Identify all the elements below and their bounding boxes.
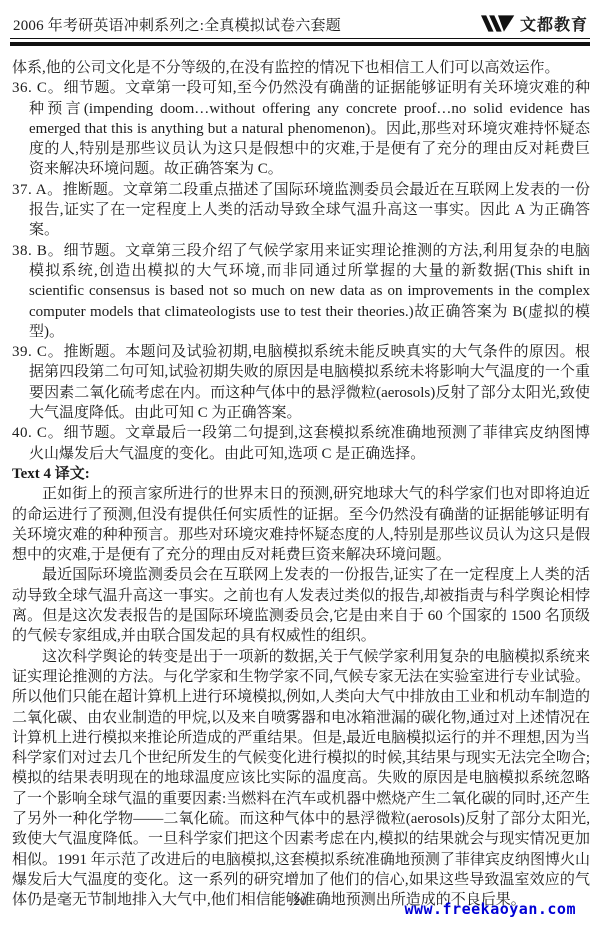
brand-name: 文都教育 — [520, 12, 588, 35]
answer-item-40: 40. C。细节题。文章最后一段第二句提到,这套模拟系统准确地预测了菲律宾皮纳图… — [12, 423, 590, 464]
answer-text: 推断题。本题问及试验初期,电脑模拟系统未能反映真实的大气条件的原因。根据第四段第… — [29, 344, 590, 421]
answer-number: 39. C。 — [12, 344, 64, 360]
answer-item-37: 37. A。推断题。文章第二段重点描述了国际环境监测委员会最近在互联网上发表的一… — [12, 180, 590, 241]
main-content: 体系,他的公司文化是不分等级的,在没有监控的情况下也相信工人们可以高效运作。 3… — [0, 46, 600, 910]
answer-text: 细节题。文章第三段介绍了气候学家用来证实理论推测的方法,利用复杂的电脑模拟系统,… — [29, 243, 590, 340]
translation-paragraph-1: 正如街上的预言家所进行的世界末日的预测,研究地球大气的科学家们也对即将迫近的命运… — [12, 484, 590, 565]
header-series-title: 2006 年考研英语冲刺系列之:全真模拟试卷六套题 — [13, 14, 341, 35]
translation-paragraph-2: 最近国际环境监测委员会在互联网上发表的一份报告,证实了在一定程度上人类的活动导致… — [12, 565, 590, 646]
answer-text: 细节题。文章第一段可知,至今仍然没有确凿的证据能够证明有关环境灾难的种种预言(i… — [29, 80, 590, 177]
document-page: 2006 年考研英语冲刺系列之:全真模拟试卷六套题 文都教育 体系,他的公司文化… — [0, 0, 600, 925]
translation-heading: Text 4 译文: — [12, 464, 590, 484]
answer-text: 细节题。文章最后一段第二句提到,这套模拟系统准确地预测了菲律宾皮纳图博火山爆发后… — [29, 425, 590, 461]
answer-number: 37. A。 — [12, 182, 63, 198]
brand-logo: 文都教育 — [481, 12, 588, 35]
answer-number: 40. C。 — [12, 425, 64, 441]
answer-item-38: 38. B。细节题。文章第三段介绍了气候学家用来证实理论推测的方法,利用复杂的电… — [12, 241, 590, 342]
answer-number: 36. C。 — [12, 80, 64, 96]
translation-paragraph-3: 这次科学舆论的转变是出于一项新的数据,关于气候学家利用复杂的电脑模拟系统来证实理… — [12, 647, 590, 911]
answer-item-36: 36. C。细节题。文章第一段可知,至今仍然没有确凿的证据能够证明有关环境灾难的… — [12, 78, 590, 179]
footer-site-link[interactable]: www.freekaoyan.com — [404, 900, 576, 918]
answer-item-39: 39. C。推断题。本题问及试验初期,电脑模拟系统未能反映真实的大气条件的原因。… — [12, 342, 590, 423]
answer-number: 38. B。 — [12, 243, 64, 259]
header-rule-thin — [10, 38, 590, 39]
page-header: 2006 年考研英语冲刺系列之:全真模拟试卷六套题 文都教育 — [0, 0, 600, 37]
answer-text: 推断题。文章第二段重点描述了国际环境监测委员会最近在互联网上发表的一份报告,证实… — [29, 182, 590, 239]
wendu-logo-icon — [481, 15, 515, 32]
continuation-line: 体系,他的公司文化是不分等级的,在没有监控的情况下也相信工人们可以高效运作。 — [12, 58, 590, 78]
